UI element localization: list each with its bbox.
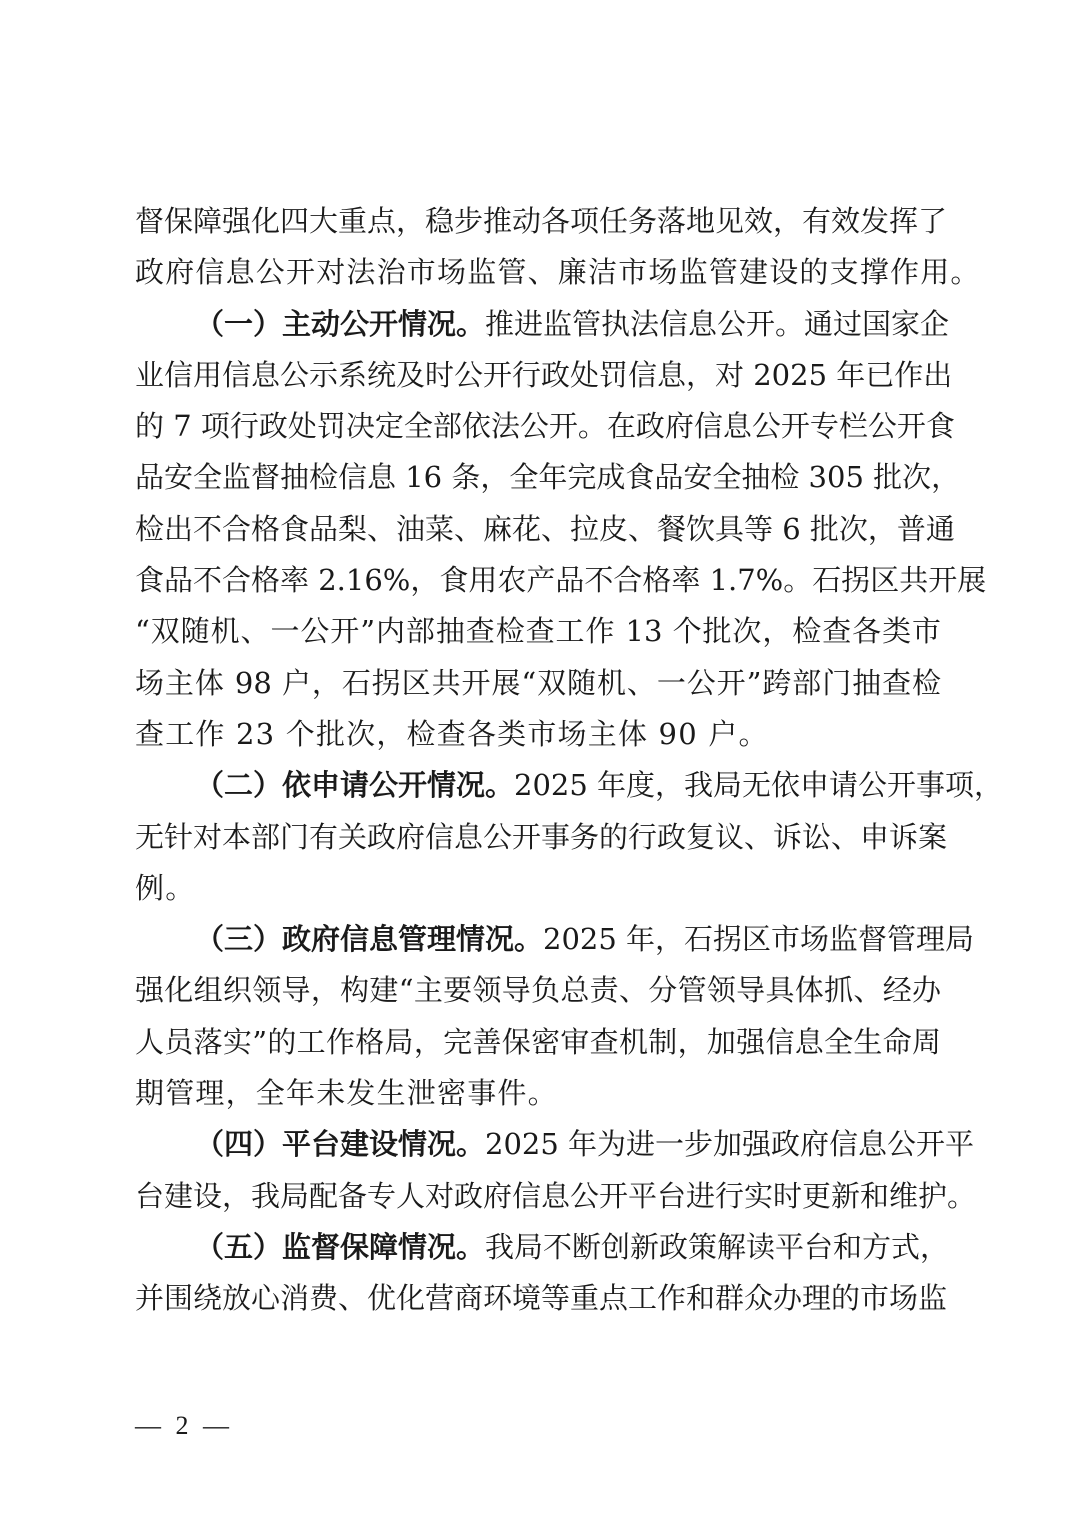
section-heading: （四）平台建设情况。 [195,1127,485,1161]
line-text: 2025 年，石拐区市场监督管理局 [543,922,974,956]
section-3-heading-line: （三）政府信息管理情况。2025 年，石拐区市场监督管理局 [135,914,941,965]
section-2-heading-line: （二）依申请公开情况。2025 年度，我局无依申请公开事项， [135,760,941,811]
line-text: 业信用信息公示系统及时公开行政处罚信息，对 2025 年已作出 [135,358,952,392]
section-1-heading-line: （一）主动公开情况。推进监管执法信息公开。通过国家企 [135,299,941,350]
line-text: 我局不断创新政策解读平台和方式， [485,1230,949,1264]
paragraph-line: 强化组织领导，构建“主要领导负总责、分管领导具体抓、经办 [135,965,941,1016]
section-heading: （一）主动公开情况。 [195,307,485,341]
document-page: 督保障强化四大重点，稳步推动各项任务落地见效，有效发挥了 政府信息公开对法治市场… [0,0,1074,1520]
line-text: 并围绕放心消费、优化营商环境等重点工作和群众办理的市场监 [135,1281,947,1315]
paragraph-line: 政府信息公开对法治市场监管、廉洁市场监管建设的支撑作用。 [135,247,941,298]
line-text: 督保障强化四大重点，稳步推动各项任务落地见效，有效发挥了 [135,204,947,238]
paragraph-line: 并围绕放心消费、优化营商环境等重点工作和群众办理的市场监 [135,1273,941,1324]
line-text: 期管理，全年未发生泄密事件。 [135,1076,558,1110]
line-text: 2025 年为进一步加强政府信息公开平 [485,1127,974,1161]
paragraph-line: 督保障强化四大重点，稳步推动各项任务落地见效，有效发挥了 [135,196,941,247]
section-4-heading-line: （四）平台建设情况。2025 年为进一步加强政府信息公开平 [135,1119,941,1170]
paragraph-line: 食品不合格率 2.16%，食用农产品不合格率 1.7%。石拐区共开展 [135,555,941,606]
line-text: 查工作 23 个批次，检查各类市场主体 90 户。 [135,717,769,751]
paragraph-line: 场主体 98 户，石拐区共开展“双随机、一公开”跨部门抽查检 [135,658,941,709]
document-body: 督保障强化四大重点，稳步推动各项任务落地见效，有效发挥了 政府信息公开对法治市场… [135,196,941,1325]
line-text: 品安全监督抽检信息 16 条，全年完成食品安全抽检 305 批次， [135,460,960,494]
line-text: 政府信息公开对法治市场监管、廉洁市场监管建设的支撑作用。 [135,255,981,289]
section-heading: （二）依申请公开情况。 [195,768,514,802]
line-text: 食品不合格率 2.16%，食用农产品不合格率 1.7%。石拐区共开展 [135,563,986,597]
paragraph-line: 业信用信息公示系统及时公开行政处罚信息，对 2025 年已作出 [135,350,941,401]
paragraph-line: 例。 [135,863,941,914]
section-heading: （三）政府信息管理情况。 [195,922,543,956]
line-text: 人员落实”的工作格局，完善保密审查机制，加强信息全生命周 [135,1025,941,1059]
line-text: 例。 [135,871,195,905]
line-text: 2025 年度，我局无依申请公开事项， [514,768,1003,802]
paragraph-line: “双随机、一公开”内部抽查检查工作 13 个批次，检查各类市 [135,606,941,657]
line-text: “双随机、一公开”内部抽查检查工作 13 个批次，检查各类市 [135,614,941,648]
paragraph-line: 期管理，全年未发生泄密事件。 [135,1068,941,1119]
line-text: 无针对本部门有关政府信息公开事务的行政复议、诉讼、申诉案 [135,820,947,854]
section-5-heading-line: （五）监督保障情况。我局不断创新政策解读平台和方式， [135,1222,941,1273]
paragraph-line: 无针对本部门有关政府信息公开事务的行政复议、诉讼、申诉案 [135,812,941,863]
paragraph-line: 人员落实”的工作格局，完善保密审查机制，加强信息全生命周 [135,1017,941,1068]
paragraph-line: 检出不合格食品梨、油菜、麻花、拉皮、餐饮具等 6 批次，普通 [135,504,941,555]
line-text: 推进监管执法信息公开。通过国家企 [485,307,949,341]
paragraph-line: 查工作 23 个批次，检查各类市场主体 90 户。 [135,709,941,760]
paragraph-line: 品安全监督抽检信息 16 条，全年完成食品安全抽检 305 批次， [135,452,941,503]
page-number: — 2 — [135,1411,233,1441]
line-text: 的 7 项行政处罚决定全部依法公开。在政府信息公开专栏公开食 [135,409,955,443]
line-text: 台建设，我局配备专人对政府信息公开平台进行实时更新和维护。 [135,1179,976,1213]
section-heading: （五）监督保障情况。 [195,1230,485,1264]
line-text: 强化组织领导，构建“主要领导负总责、分管领导具体抓、经办 [135,973,941,1007]
paragraph-line: 台建设，我局配备专人对政府信息公开平台进行实时更新和维护。 [135,1171,941,1222]
line-text: 检出不合格食品梨、油菜、麻花、拉皮、餐饮具等 6 批次，普通 [135,512,955,546]
paragraph-line: 的 7 项行政处罚决定全部依法公开。在政府信息公开专栏公开食 [135,401,941,452]
line-text: 场主体 98 户，石拐区共开展“双随机、一公开”跨部门抽查检 [135,666,941,700]
